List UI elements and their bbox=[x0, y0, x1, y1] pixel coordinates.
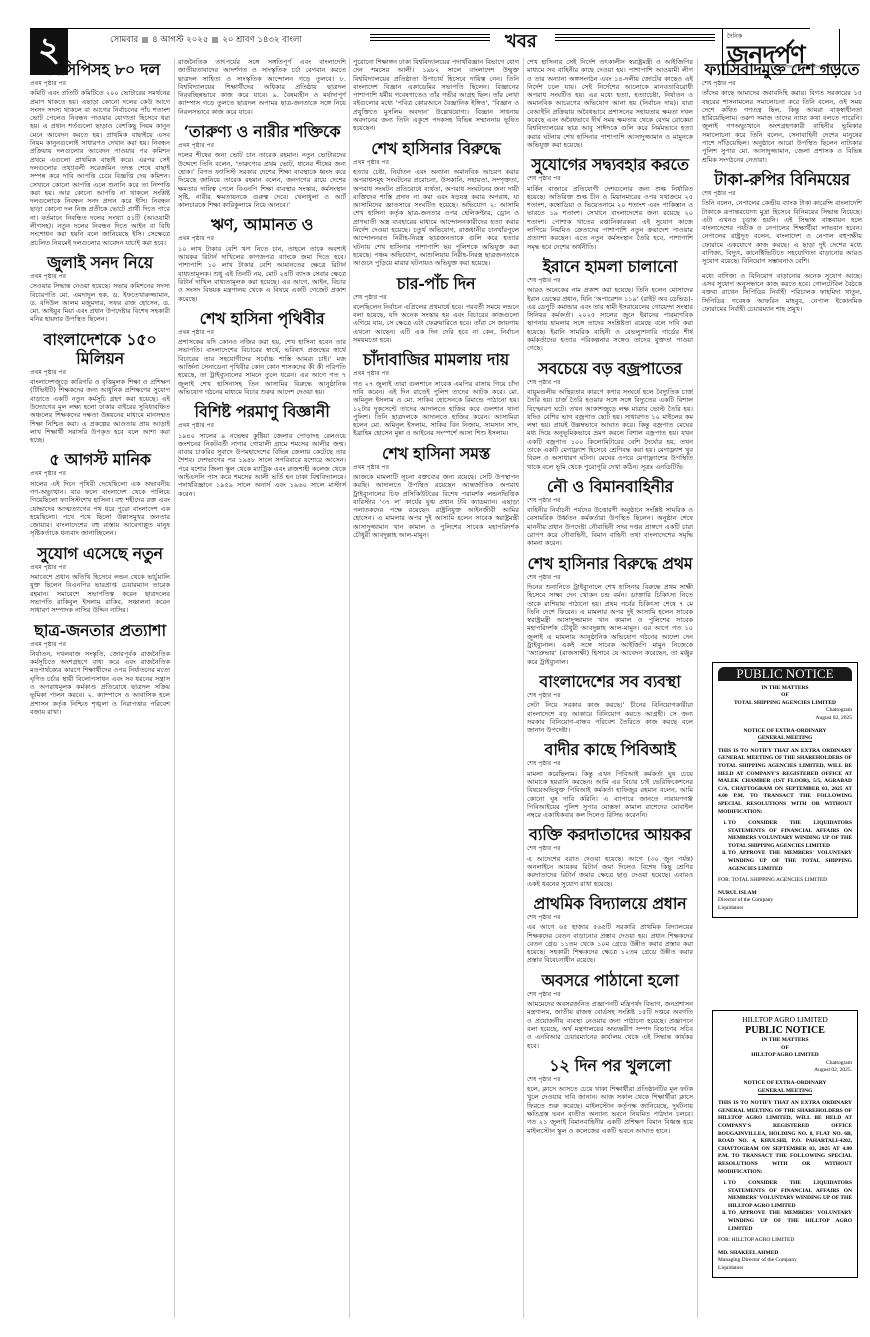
notice-date: August 02, 2025 bbox=[718, 715, 852, 723]
continued-label: শেষ পৃষ্ঠার পর bbox=[527, 914, 693, 922]
column-1: এনসিপিসহ ৮০ দলপ্রথম পৃষ্ঠার পরকমিটি এবং … bbox=[30, 58, 170, 1328]
article-body: সেটা নিয়ে সরকার কাজ করছে।’ চীনের বিনিয়… bbox=[527, 701, 693, 734]
continued-label: প্রথম পৃষ্ঠার পর bbox=[178, 422, 346, 430]
continued-label: শেষ পৃষ্ঠার পর bbox=[527, 574, 693, 582]
article[interactable]: ছাত্র-জনতার প্রত্যাশাপ্রথম পৃষ্ঠার পরনির… bbox=[30, 621, 170, 717]
notice-title-line-2: GENERAL MEETING bbox=[758, 735, 813, 742]
section-title: খবর bbox=[505, 27, 537, 58]
continued-label: শেষ পৃষ্ঠার পর bbox=[527, 991, 693, 999]
continued-label: প্রথম পৃষ্ঠার পর bbox=[30, 273, 170, 281]
article[interactable]: ৫ আগস্ট মানিকপ্রথম পৃষ্ঠার পরসালের এই দি… bbox=[30, 450, 170, 537]
article-headline[interactable]: শেখ হাসিনার বিরুদ্ধে bbox=[353, 139, 519, 158]
article[interactable]: বাংলাদেশের সব ব্যবস্থাশেষ পৃষ্ঠার পরসেটা… bbox=[527, 672, 693, 734]
article-headline[interactable]: বাদীর কাছে পিবিআই bbox=[527, 740, 693, 759]
article-body: দলের শীষের জন্য ভোট চান তারেক রহমান। নতু… bbox=[178, 151, 346, 209]
article[interactable]: ব্যক্তি করদাতাদের আয়করশেষ পৃষ্ঠার পরএ আ… bbox=[527, 825, 693, 887]
article[interactable]: ‘তারুণ্য ও নারীর শক্তিকেপ্রথম পৃষ্ঠার পর… bbox=[178, 122, 346, 209]
article-body: হলে, ক্লাসে আসতে চেয়ে থাকা শিক্ষার্থীরা… bbox=[527, 1085, 693, 1135]
continued-label: প্রথম পৃষ্ঠার পর bbox=[178, 329, 346, 337]
notice-label: PUBLIC NOTICE bbox=[718, 1025, 852, 1037]
article-headline[interactable]: জুলাই সনদ নিয়ে bbox=[30, 253, 170, 272]
article-headline[interactable]: সুযোগের সদ্ব্যবহার করতে bbox=[527, 155, 693, 174]
article-headline[interactable]: ছাত্র-জনতার প্রত্যাশা bbox=[30, 621, 170, 640]
article-body: হত্যার চেষ্টা, নির্যাতন এবং অন্যান্য অমা… bbox=[353, 168, 519, 268]
continued-label: প্রথম পৃষ্ঠার পর bbox=[30, 80, 170, 88]
article[interactable]: জুলাই সনদ নিয়েপ্রথম পৃষ্ঠার পরসেওয়ার স… bbox=[30, 253, 170, 324]
column-divider bbox=[523, 58, 524, 1318]
notice-banner: PUBLIC NOTICE bbox=[718, 667, 852, 681]
column-2: রাজনৈতিক তাৎপর্যের সঙ্গে সঙ্গতিপূর্ণ এবং… bbox=[178, 58, 346, 1328]
article-body: আজকে মামলাটি সূচনা বক্তব্যের জন্য রয়েছে… bbox=[353, 473, 519, 539]
article-headline[interactable]: শেখ হাসিনা সমস্ত bbox=[353, 444, 519, 463]
article-body: রাজনৈতিক তাৎপর্যের সঙ্গে সঙ্গতিপূর্ণ এবং… bbox=[178, 58, 346, 116]
article-headline[interactable]: ফ্যাসিবাদমুক্ত দেশ গড়তে bbox=[702, 60, 862, 79]
notice-title-line-1: NOTICE OF EXTRA-ORDINARY bbox=[718, 1080, 852, 1088]
article-headline[interactable]: ‘তারুণ্য ও নারীর শক্তিকে bbox=[178, 122, 346, 141]
article[interactable]: ১২ দিন পর খুললোশেষ পৃষ্ঠার পরহলে, ক্লাসে… bbox=[527, 1056, 693, 1135]
column-divider bbox=[697, 58, 698, 1318]
resolution-item: TO CONSIDER THE LIQUIDATORS STATEMENTS O… bbox=[728, 1180, 852, 1210]
article-body: ১৯৪০ সালের ৯ নভেম্বর কুষ্টিয়া জেলার পোড… bbox=[178, 432, 346, 498]
article-headline[interactable]: চাঁদাবাজির মামলায় দায় bbox=[353, 350, 519, 369]
article-headline[interactable]: ১২ দিন পর খুললো bbox=[527, 1056, 693, 1075]
day: সোমবার bbox=[110, 35, 138, 45]
article[interactable]: বাংলাদেশকে ১৫০ মিলিয়নপ্রথম পৃষ্ঠার পরবা… bbox=[30, 330, 170, 445]
article-body: কমিটি এবং প্রতিটি কমিটিতে ২০০ ভোটারের সম… bbox=[30, 89, 170, 247]
article[interactable]: সুযোগের সদ্ব্যবহার করতেশেষ পৃষ্ঠার পরমার… bbox=[527, 155, 693, 251]
continued-label: শেষ পৃষ্ঠার পর bbox=[527, 379, 693, 387]
continued-label: প্রথম পৃষ্ঠার পর bbox=[30, 470, 170, 478]
continued-label: প্রথম পৃষ্ঠার পর bbox=[353, 370, 519, 378]
article-body: এর আগে ৬৫ হাজার ৫৬৫টি সরকারি প্রাথমিক বি… bbox=[527, 923, 693, 964]
article-body: শেখ হাসিনার সেই নির্দেশ তৎকালীন স্বরাষ্ট… bbox=[527, 58, 693, 149]
article[interactable]: শেখ হাসিনা সমস্তপ্রথম পৃষ্ঠার পরআজকে মাম… bbox=[353, 444, 519, 540]
article-body: বাহিনীর নির্বাচনী পর্যদের উত্তোরণী অনুষ্… bbox=[527, 506, 693, 547]
article-body: আরও অনেকের নাম প্রকাশ করা হয়েছে। তিনি হ… bbox=[527, 286, 693, 352]
notice-body: THIS IS TO NOTIFY THAT AN EXTRA ORDINARY… bbox=[718, 748, 852, 816]
article-continuation: মধ্যে বাণিজ্য ও বিনিয়োগ বাড়ানোর অনেক স… bbox=[702, 272, 862, 313]
decorative-rules bbox=[370, 34, 490, 43]
article-body: নির্যাতন, দখলবাজ সংস্কৃতি, জোরপূর্বক রাজ… bbox=[30, 650, 170, 716]
article-body: গত ২৭ জুলাই তারা গুলশানে সাবেক এমপির বাস… bbox=[353, 380, 519, 438]
notice-company: HILLTOP AGRO LIMITED bbox=[718, 1052, 852, 1060]
notice-company-header: HILLTOP AGRO LIMITED bbox=[718, 1015, 852, 1025]
article[interactable]: চাঁদাবাজির মামলায় দায়প্রথম পৃষ্ঠার পরগ… bbox=[353, 350, 519, 437]
article-continuation: শেখ হাসিনার সেই নির্দেশ তৎকালীন স্বরাষ্ট… bbox=[527, 58, 693, 149]
article[interactable]: চার-পাঁচ দিনশেষ পৃষ্ঠার পরবলেছিলেন নির্ব… bbox=[353, 274, 519, 345]
notice-in-the-matters: IN THE MATTERS bbox=[718, 685, 852, 693]
article-headline[interactable]: বিশিষ্ট পরমাণু বিজ্ঞানী bbox=[178, 402, 346, 421]
continued-label: প্রথম পৃষ্ঠার পর bbox=[353, 159, 519, 167]
notice-title-line-2: GENERAL MEETING bbox=[758, 1088, 813, 1095]
notice-title-line-1: NOTICE OF EXTRA-ORDINARY bbox=[718, 728, 852, 736]
article-body: বাংলাদেশজুড়ে কারিগরি ও বৃত্তিমূলক শিক্ষ… bbox=[30, 378, 170, 444]
article-headline[interactable]: শেখ হাসিনার বিরুদ্ধে প্রথম bbox=[527, 554, 693, 573]
article-body: আমমেদের অবসরজনিত প্রজ্ঞাপনটি মন্ত্রিপর্ষ… bbox=[527, 1000, 693, 1050]
article-body: এ আদেশের বরাত দেওয়া হয়েছে। আগে (৩০ জুন… bbox=[527, 855, 693, 888]
article[interactable]: প্রাথমিক বিদ্যালয়ে প্রধানশেষ পৃষ্ঠার পর… bbox=[527, 894, 693, 965]
notice-body: THIS IS TO NOTIFY THAT AN EXTRA ORDINARY… bbox=[718, 1100, 852, 1176]
notice-date: August 02, 2025. bbox=[718, 1067, 852, 1075]
article-body: ১০ লাখ টাকার বেশি ঋণ নিতে চান, তাহলে তাক… bbox=[178, 245, 346, 303]
article-body: প্রশাসকের যদি কোনও নজির করা হয়, শেখ হাস… bbox=[178, 338, 346, 396]
article-body: তাঁদের কাছে আমাদের জবাবদিহি করার। বিগত স… bbox=[702, 89, 862, 164]
article[interactable]: এনসিপিসহ ৮০ দলপ্রথম পৃষ্ঠার পরকমিটি এবং … bbox=[30, 60, 170, 247]
article-headline[interactable]: এনসিপিসহ ৮০ দল bbox=[30, 60, 170, 79]
notice-place: Chattogram bbox=[718, 1060, 852, 1068]
article-body: সালের এই দিনে পৃথিবী দেখেছিলো এক অভাবনীয… bbox=[30, 480, 170, 538]
article[interactable]: নৌ ও বিমানবাহিনীরশেষ পৃষ্ঠার পরবাহিনীর ন… bbox=[527, 477, 693, 548]
resolution-item: TO APPROVE THE MEMBERS' VOLUNTARY WINDIN… bbox=[728, 850, 852, 873]
article-headline[interactable]: টাকা-রুপির বিনিময়ের bbox=[702, 170, 862, 189]
article-headline[interactable]: সবচেয়ে বড় বজ্রপাতের bbox=[527, 359, 693, 378]
resolution-item: TO APPROVE THE MEMBERS' VOLUNTARY WINDIN… bbox=[728, 1210, 852, 1233]
article-headline[interactable]: চার-পাঁচ দিন bbox=[353, 274, 519, 293]
article-continuation: রাজনৈতিক তাৎপর্যের সঙ্গে সঙ্গতিপূর্ণ এবং… bbox=[178, 58, 346, 116]
article[interactable]: বাদীর কাছে পিবিআইশেষ পৃষ্ঠার পরমামলা করে… bbox=[527, 740, 693, 819]
notice-title: NOTICE OF EXTRA-ORDINARY GENERAL MEETING bbox=[718, 728, 852, 743]
notice-role: Liquidators bbox=[718, 905, 852, 913]
notice-role: Managing Director of the Company bbox=[718, 1257, 852, 1265]
separator-square-icon bbox=[212, 37, 218, 43]
article[interactable]: টাকা-রুপির বিনিময়েরশেষ পৃষ্ঠার পরতিনি ব… bbox=[702, 170, 862, 266]
continued-label: শেষ পৃষ্ঠার পর bbox=[527, 760, 693, 768]
article-headline[interactable]: অবসরে পাঠানো হলো bbox=[527, 971, 693, 990]
article[interactable]: শেখ হাসিনার বিরুদ্ধেপ্রথম পৃষ্ঠার পরহত্য… bbox=[353, 139, 519, 268]
article-headline[interactable]: ৫ আগস্ট মানিক bbox=[30, 450, 170, 469]
notice-company: TOTAL SHIPPING AGENCIES LIMITED bbox=[718, 700, 852, 708]
dateline: সোমবার৪ আগস্ট ২০২৫২০ শ্রাবণ ১৪৩২ বাংলা bbox=[110, 33, 302, 47]
public-notice-total-shipping: PUBLIC NOTICE IN THE MATTERS OF TOTAL SH… bbox=[712, 662, 858, 918]
article[interactable]: অবসরে পাঠানো হলোশেষ পৃষ্ঠার পরআমমেদের অব… bbox=[527, 971, 693, 1050]
article-headline[interactable]: ইরানে হামলা চালানো bbox=[527, 257, 693, 276]
article-body: সমাবেশে প্রধান অতিথি হিসেবে লন্ডন থেকে ভ… bbox=[30, 573, 170, 614]
continued-label: শেষ পৃষ্ঠার পর bbox=[702, 80, 862, 88]
article-body: মামলা করেছিলাম। কিন্তু এখন পিবিআই কর্মকর… bbox=[527, 770, 693, 820]
article-headline[interactable]: সুযোগ এসেছে নতুন bbox=[30, 544, 170, 563]
article[interactable]: শেখ হাসিনা পৃথিবীরপ্রথম পৃষ্ঠার পরপ্রশাস… bbox=[178, 309, 346, 396]
article[interactable]: বিশিষ্ট পরমাণু বিজ্ঞানীপ্রথম পৃষ্ঠার পর১… bbox=[178, 402, 346, 498]
separator-square-icon bbox=[142, 37, 148, 43]
decorative-rules bbox=[555, 34, 715, 43]
article-body: বায়ুমণ্ডলীয় অস্থিরতার কারণে কণার সংঘর্… bbox=[527, 388, 693, 471]
resolution-item: TO CONSIDER THE LIQUIDATORS STATEMENTS O… bbox=[728, 820, 852, 850]
column-5: ফ্যাসিবাদমুক্ত দেশ গড়তেশেষ পৃষ্ঠার পরতা… bbox=[702, 58, 862, 658]
continued-label: শেষ পৃষ্ঠার পর bbox=[527, 175, 693, 183]
continued-label: প্রথম পৃষ্ঠার পর bbox=[30, 641, 170, 649]
continued-label: প্রথম পৃষ্ঠার পর bbox=[30, 564, 170, 572]
continued-label: প্রথম পৃষ্ঠার পর bbox=[30, 369, 170, 377]
column-3: পুরোনো শিক্ষাঙ্গন ঢাকা বিশ্ববিদ্যালয়ের … bbox=[353, 58, 519, 1328]
article[interactable]: ফ্যাসিবাদমুক্ত দেশ গড়তেশেষ পৃষ্ঠার পরতা… bbox=[702, 60, 862, 164]
article-body: দিনের শুনানিতে ট্রাইব্যুনালে শেখ হাসিনার… bbox=[527, 583, 693, 666]
column-divider bbox=[349, 58, 350, 1318]
masthead: ২ সোমবার৪ আগস্ট ২০২৫২০ শ্রাবণ ১৪৩২ বাংলা… bbox=[30, 28, 810, 50]
article-body: মধ্যে বাণিজ্য ও বিনিয়োগ বাড়ানোর অনেক স… bbox=[702, 272, 862, 313]
notice-of: OF bbox=[718, 1045, 852, 1053]
notice-for-line: FOR: HILLTOP AGRO LIMITED bbox=[718, 1237, 852, 1245]
notice-title: NOTICE OF EXTRA-ORDINARY GENERAL MEETING bbox=[718, 1080, 852, 1095]
article[interactable]: ঋণ, আমানত ওপ্রথম পৃষ্ঠার পর১০ লাখ টাকার … bbox=[178, 215, 346, 302]
notice-of: OF bbox=[718, 692, 852, 700]
resolution-list: TO CONSIDER THE LIQUIDATORS STATEMENTS O… bbox=[718, 820, 852, 873]
article-headline[interactable]: শেখ হাসিনা পৃথিবীর bbox=[178, 309, 346, 328]
article-body: সেওয়ার সিদ্ধান্ত নেওয়া হয়েছে। সভায় ক… bbox=[30, 282, 170, 323]
column-4: শেখ হাসিনার সেই নির্দেশ তৎকালীন স্বরাষ্ট… bbox=[527, 58, 693, 1328]
continued-label: শেষ পৃষ্ঠার পর bbox=[527, 497, 693, 505]
article-body: তিনি বলেন, নেপালের কেন্দ্রীয় ব্যাংক টাক… bbox=[702, 199, 862, 265]
article-headline[interactable]: বাংলাদেশকে ১৫০ মিলিয়ন bbox=[30, 330, 170, 368]
notice-in-the-matters: IN THE MATTERS bbox=[718, 1037, 852, 1045]
notice-role: Liquidators bbox=[718, 1265, 852, 1273]
bangla-date: ২০ শ্রাবণ ১৪৩২ বাংলা bbox=[222, 35, 301, 45]
notice-for-line: FOR: TOTAL SHIPPING AGENCIES LIMITED bbox=[718, 877, 852, 885]
notice-place: Chattogram bbox=[718, 707, 852, 715]
article-headline[interactable]: ব্যক্তি করদাতাদের আয়কর bbox=[527, 825, 693, 844]
article[interactable]: ইরানে হামলা চালানোশেষ পৃষ্ঠার পরআরও অনেক… bbox=[527, 257, 693, 353]
continued-label: শেষ পৃষ্ঠার পর bbox=[527, 1076, 693, 1084]
continued-label: শেষ পৃষ্ঠার পর bbox=[527, 692, 693, 700]
article[interactable]: সুযোগ এসেছে নতুনপ্রথম পৃষ্ঠার পরসমাবেশে … bbox=[30, 544, 170, 615]
continued-label: প্রথম পৃষ্ঠার পর bbox=[178, 235, 346, 243]
continued-label: শেষ পৃষ্ঠার পর bbox=[527, 277, 693, 285]
article-headline[interactable]: বাংলাদেশের সব ব্যবস্থা bbox=[527, 672, 693, 691]
column-divider bbox=[174, 58, 175, 1318]
article-headline[interactable]: নৌ ও বিমানবাহিনীর bbox=[527, 477, 693, 496]
continued-label: প্রথম পৃষ্ঠার পর bbox=[353, 464, 519, 472]
article-continuation: পুরোনো শিক্ষাঙ্গন ঢাকা বিশ্ববিদ্যালয়ের … bbox=[353, 58, 519, 133]
article-body: মার্কিন বাজারে প্রতিযোগী দেশগুলোর জন্য শ… bbox=[527, 185, 693, 251]
article-body: পুরোনো শিক্ষাঙ্গন ঢাকা বিশ্ববিদ্যালয়ের … bbox=[353, 58, 519, 133]
resolution-list: TO CONSIDER THE LIQUIDATORS STATEMENTS O… bbox=[718, 1180, 852, 1233]
public-notice-hilltop-agro: HILLTOP AGRO LIMITED PUBLIC NOTICE IN TH… bbox=[712, 1010, 858, 1278]
article[interactable]: শেখ হাসিনার বিরুদ্ধে প্রথমশেষ পৃষ্ঠার পর… bbox=[527, 554, 693, 666]
article-body: বলেছিলেন নির্বাচন এপ্রিলের প্রথমার্ধে হব… bbox=[353, 303, 519, 344]
notice-role: Director of the Company bbox=[718, 897, 852, 905]
date: ৪ আগস্ট ২০২৫ bbox=[152, 35, 208, 45]
article-headline[interactable]: প্রাথমিক বিদ্যালয়ে প্রধান bbox=[527, 894, 693, 913]
article[interactable]: সবচেয়ে বড় বজ্রপাতেরশেষ পৃষ্ঠার পরবায়ু… bbox=[527, 359, 693, 471]
continued-label: শেষ পৃষ্ঠার পর bbox=[353, 294, 519, 302]
continued-label: শেষ পৃষ্ঠার পর bbox=[702, 190, 862, 198]
continued-label: প্রথম পৃষ্ঠার পর bbox=[178, 142, 346, 150]
article-headline[interactable]: ঋণ, আমানত ও bbox=[178, 215, 346, 234]
continued-label: শেষ পৃষ্ঠার পর bbox=[527, 845, 693, 853]
